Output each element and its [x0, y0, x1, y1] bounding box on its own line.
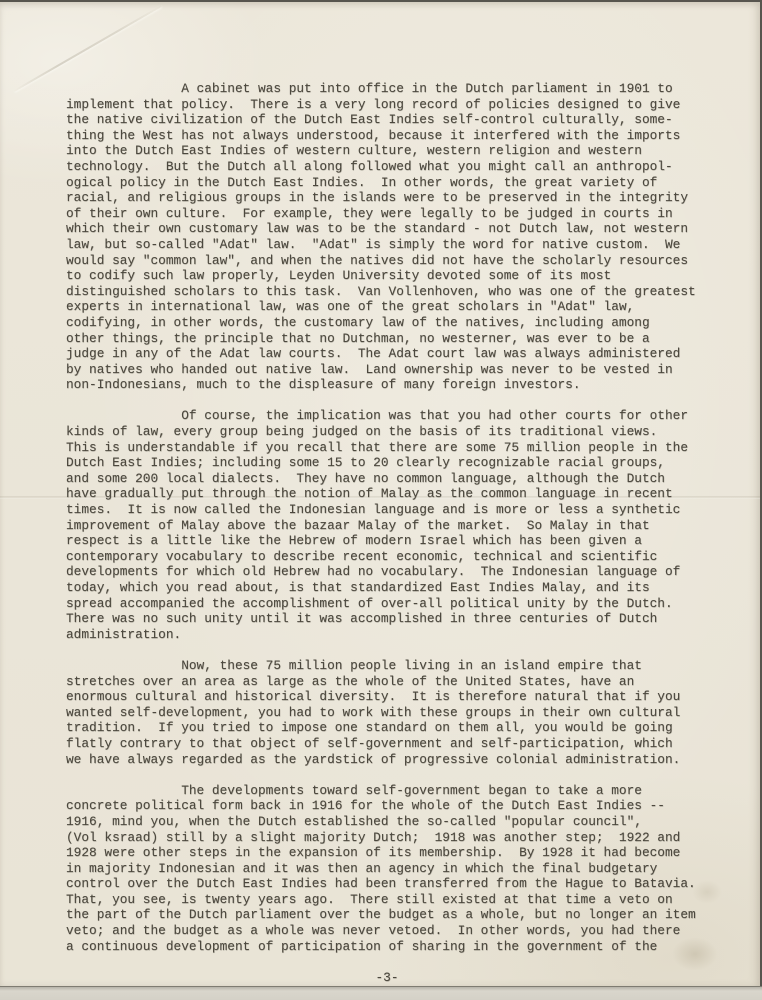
typewritten-text-block: A cabinet was put into office in the Dut… [66, 81, 708, 985]
paragraph-self-government: The developments toward self-government … [66, 783, 708, 955]
scanned-page: A cabinet was put into office in the Dut… [0, 0, 762, 1000]
paragraph-cabinet-policy: A cabinet was put into office in the Dut… [66, 81, 708, 393]
scan-edge-bottom [0, 986, 762, 1000]
paper-crease-topleft [14, 5, 162, 92]
paragraph-courts-language: Of course, the implication was that you … [66, 408, 708, 642]
paper-sheet: A cabinet was put into office in the Dut… [0, 2, 760, 987]
page-number: -3- [66, 970, 708, 986]
paragraph-island-empire: Now, these 75 million people living in a… [66, 658, 708, 767]
